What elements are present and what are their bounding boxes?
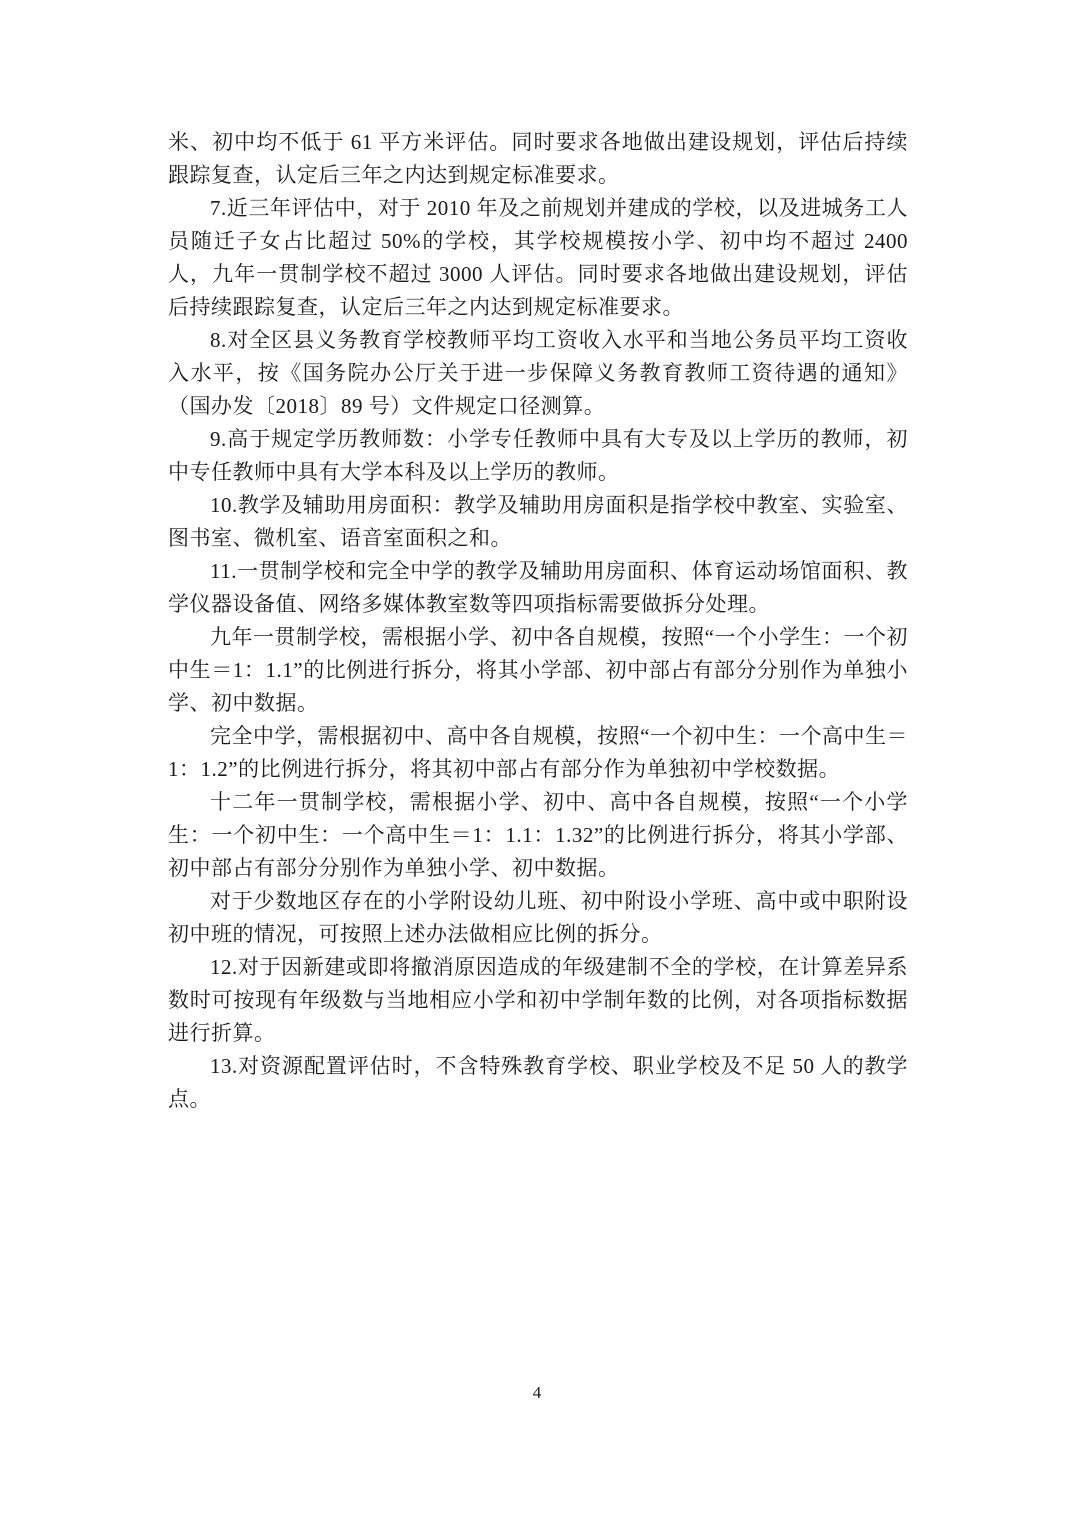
paragraph: 9.高于规定学历教师数：小学专任教师中具有大专及以上学历的教师，初中专任教师中具…: [168, 423, 908, 489]
paragraph: 十二年一贯制学校，需根据小学、初中、高中各自规模，按照“一个小学生：一个初中生：…: [168, 786, 908, 885]
paragraph: 对于少数地区存在的小学附设幼儿班、初中附设小学班、高中或中职附设初中班的情况，可…: [168, 885, 908, 951]
page-footer: 4: [0, 1382, 1074, 1404]
page-number: 4: [533, 1383, 542, 1402]
document-page: 米、初中均不低于 61 平方米评估。同时要求各地做出建设规划，评估后持续跟踪复查…: [0, 0, 1074, 1520]
document-body: 米、初中均不低于 61 平方米评估。同时要求各地做出建设规划，评估后持续跟踪复查…: [168, 126, 908, 1116]
paragraph: 7.近三年评估中，对于 2010 年及之前规划并建成的学校，以及进城务工人员随迁…: [168, 192, 908, 324]
paragraph: 九年一贯制学校，需根据小学、初中各自规模，按照“一个小学生：一个初中生＝1：1.…: [168, 621, 908, 720]
paragraph: 完全中学，需根据初中、高中各自规模，按照“一个初中生：一个高中生＝1：1.2”的…: [168, 720, 908, 786]
paragraph: 10.教学及辅助用房面积：教学及辅助用房面积是指学校中教室、实验室、图书室、微机…: [168, 489, 908, 555]
paragraph: 11.一贯制学校和完全中学的教学及辅助用房面积、体育运动场馆面积、教学仪器设备值…: [168, 555, 908, 621]
paragraph: 米、初中均不低于 61 平方米评估。同时要求各地做出建设规划，评估后持续跟踪复查…: [168, 126, 908, 192]
paragraph: 12.对于因新建或即将撤消原因造成的年级建制不全的学校，在计算差异系数时可按现有…: [168, 951, 908, 1050]
paragraph: 8.对全区县义务教育学校教师平均工资收入水平和当地公务员平均工资收入水平，按《国…: [168, 324, 908, 423]
paragraph: 13.对资源配置评估时，不含特殊教育学校、职业学校及不足 50 人的教学点。: [168, 1050, 908, 1116]
